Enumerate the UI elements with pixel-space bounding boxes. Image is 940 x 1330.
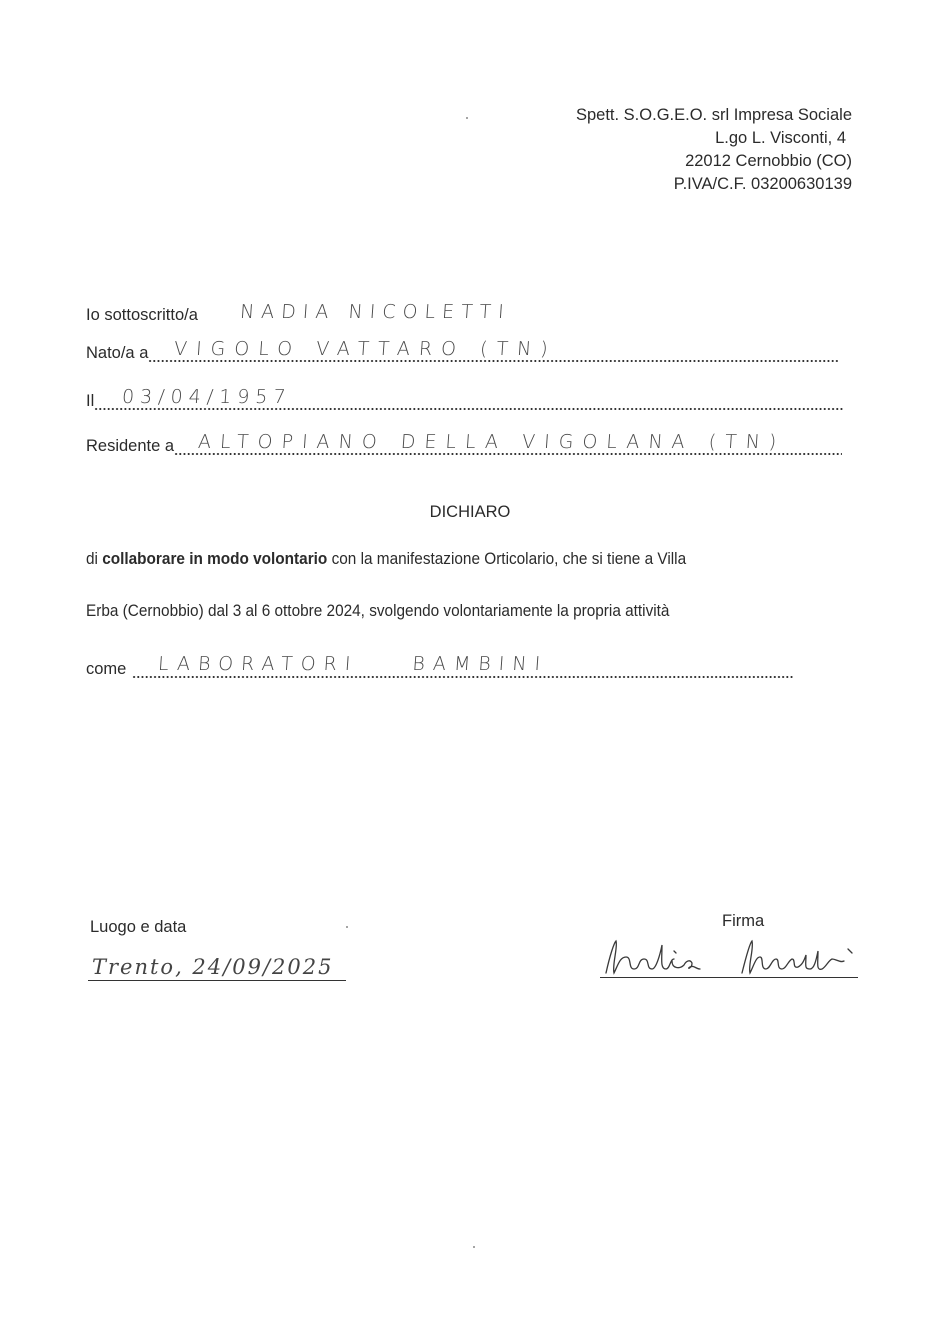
- recipient-city: 22012 Cernobbio (CO): [576, 150, 852, 173]
- declaration-paragraph-2: Erba (Cernobbio) dal 3 al 6 ottobre 2024…: [86, 602, 669, 621]
- born-on-label: Il: [86, 392, 94, 411]
- role-label: come: [86, 660, 126, 679]
- recipient-name: Spett. S.O.G.E.O. srl Impresa Sociale: [576, 104, 852, 127]
- declaration-p1-bold: collaborare in modo volontario: [102, 550, 327, 568]
- undersigned-label: Io sottoscritto/a: [86, 306, 198, 325]
- born-in-row: Nato/a a VIGOLO VATTARO (TN): [86, 344, 838, 363]
- place-date-label: Luogo e data: [90, 918, 186, 937]
- declaration-p1-suffix: con la manifestazione Orticolario, che s…: [327, 550, 686, 568]
- scan-speck: [473, 1246, 475, 1248]
- undersigned-value[interactable]: NADIA NICOLETTI: [239, 301, 511, 323]
- place-date-line: Trento, 24/09/2025: [88, 952, 346, 981]
- resident-row: Residente a ALTOPIANO DELLA VIGOLANA (TN…: [86, 437, 842, 456]
- recipient-street: L.go L. Visconti, 4: [576, 127, 852, 150]
- place-date-value[interactable]: Trento, 24/09/2025: [92, 955, 333, 979]
- recipient-vat: P.IVA/C.F. 03200630139: [576, 173, 852, 196]
- born-on-value[interactable]: 03/04/1957: [121, 386, 292, 408]
- born-in-value[interactable]: VIGOLO VATTARO (TN): [173, 338, 557, 360]
- declaration-heading-text: DICHIARO: [430, 503, 511, 521]
- signature-line[interactable]: [600, 935, 858, 978]
- handwritten-signature-icon: [600, 935, 858, 977]
- role-value[interactable]: LABORATORI BAMBINI: [157, 653, 549, 675]
- scan-speck: [466, 117, 468, 119]
- born-in-label: Nato/a a: [86, 344, 148, 363]
- born-on-row: Il 03/04/1957: [86, 392, 844, 411]
- role-row: come LABORATORI BAMBINI: [86, 660, 794, 679]
- declaration-heading: DICHIARO: [0, 503, 940, 522]
- signature-label: Firma: [722, 912, 764, 931]
- resident-value[interactable]: ALTOPIANO DELLA VIGOLANA (TN): [197, 431, 786, 453]
- declaration-paragraph-1: di collaborare in modo volontario con la…: [86, 550, 686, 569]
- recipient-address: Spett. S.O.G.E.O. srl Impresa Sociale L.…: [576, 104, 852, 196]
- undersigned-row: Io sottoscritto/a NADIA NICOLETTI: [86, 306, 198, 325]
- declaration-p1-prefix: di: [86, 550, 102, 568]
- scan-speck: [346, 926, 348, 928]
- resident-label: Residente a: [86, 437, 174, 456]
